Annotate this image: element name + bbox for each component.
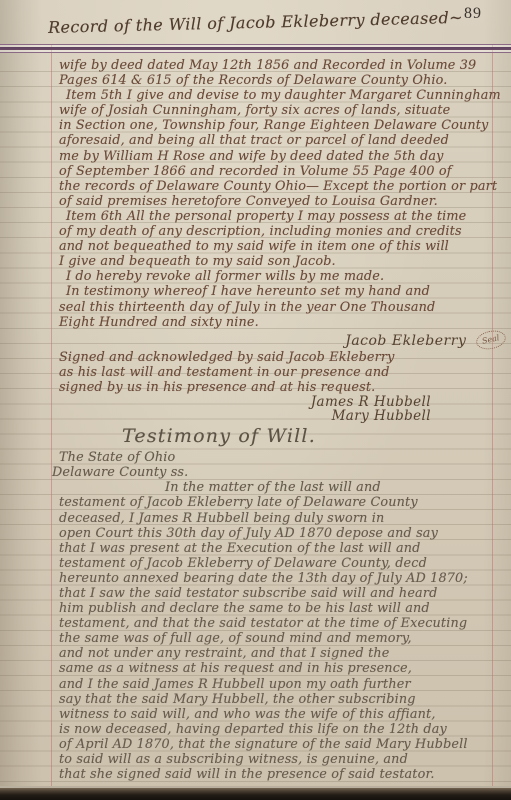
testimony-line: that she signed said will in the presenc…	[0, 767, 511, 782]
book-bottom-edge	[0, 786, 511, 800]
handwritten-content: wife by deed dated May 12th 1856 and Rec…	[0, 58, 511, 782]
testimony-heading: Testimony of Will.	[0, 423, 511, 450]
testimony-line: testament, and that the said testator at…	[0, 616, 511, 631]
testimony-line: testament of Jacob Ekleberry late of Del…	[0, 495, 511, 510]
testimony-line: open Court this 30th day of July AD 1870…	[0, 526, 511, 541]
testimony-line: him publish and declare the same to be h…	[0, 601, 511, 616]
will-line: of said premises heretofore Conveyed to …	[0, 194, 511, 209]
testator-signature-row: Jacob Ekleberry Seal	[0, 330, 511, 350]
header-rule	[0, 44, 511, 54]
testimony-line: hereunto annexed bearing date the 13th d…	[0, 571, 511, 586]
testimony-line: and not under any restraint, and that I …	[0, 646, 511, 661]
page-title: Record of the Will of Jacob Ekleberry de…	[48, 8, 453, 37]
testimony-line: witness to said will, and who was the wi…	[0, 707, 511, 722]
will-line: the records of Delaware County Ohio— Exc…	[0, 179, 511, 194]
will-line: me by William H Rose and wife by deed da…	[0, 149, 511, 164]
testimony-line: the same was of full age, of sound mind …	[0, 631, 511, 646]
testimony-line: In the matter of the last will and	[0, 480, 511, 495]
testator-signature: Jacob Ekleberry	[345, 333, 466, 349]
will-line: Item 6th All the personal property I may…	[0, 209, 511, 224]
testimony-line: that I saw the said testator subscribe s…	[0, 586, 511, 601]
witness-signature: James R Hubbell	[0, 395, 511, 409]
attestation-line: signed by us in his presence and at his …	[0, 380, 511, 395]
will-line: wife by deed dated May 12th 1856 and Rec…	[0, 58, 511, 73]
will-line: Eight Hundred and sixty nine.	[0, 315, 511, 330]
testimony-line: deceased, I James R Hubbell being duly s…	[0, 511, 511, 526]
testimony-line: of April AD 1870, that the signature of …	[0, 737, 511, 752]
will-line: aforesaid, and being all that tract or p…	[0, 133, 511, 148]
testimony-line: to said will as a subscribing witness, i…	[0, 752, 511, 767]
will-line: of my death of any description, includin…	[0, 224, 511, 239]
testimony-line: is now deceased, having departed this li…	[0, 722, 511, 737]
testimony-line: testament of Jacob Ekleberry of Delaware…	[0, 556, 511, 571]
attestation-line: as his last will and testament in our pr…	[0, 365, 511, 380]
ledger-page: 89 Record of the Will of Jacob Ekleberry…	[0, 0, 511, 800]
will-line: I give and bequeath to my said son Jacob…	[0, 254, 511, 269]
will-line: wife of Josiah Cunningham, forty six acr…	[0, 103, 511, 118]
witness-signature: Mary Hubbell	[0, 409, 511, 423]
venue-county: Delaware County ss.	[0, 465, 511, 480]
will-line: and not bequeathed to my said wife in it…	[0, 239, 511, 254]
will-line: seal this thirteenth day of July in the …	[0, 300, 511, 315]
will-line: In testimony whereof I have hereunto set…	[0, 284, 511, 299]
venue-state: The State of Ohio	[0, 450, 511, 465]
attestation-line: Signed and acknowledged by said Jacob Ek…	[0, 350, 511, 365]
will-line: Item 5th I give and devise to my daughte…	[0, 88, 511, 103]
testimony-line: and I the said James R Hubbell upon my o…	[0, 677, 511, 692]
will-line: I do hereby revoke all former wills by m…	[0, 269, 511, 284]
testimony-line: say that the said Mary Hubbell, the othe…	[0, 692, 511, 707]
will-line: in Section one, Township four, Range Eig…	[0, 118, 511, 133]
seal-stamp: Seal	[475, 328, 508, 352]
will-line: Pages 614 & 615 of the Records of Delawa…	[0, 73, 511, 88]
testimony-line: that I was present at the Execution of t…	[0, 541, 511, 556]
page-number: 89	[464, 5, 482, 23]
testimony-line: same as a witness at his request and in …	[0, 661, 511, 676]
will-line: of September 1866 and recorded in Volume…	[0, 164, 511, 179]
